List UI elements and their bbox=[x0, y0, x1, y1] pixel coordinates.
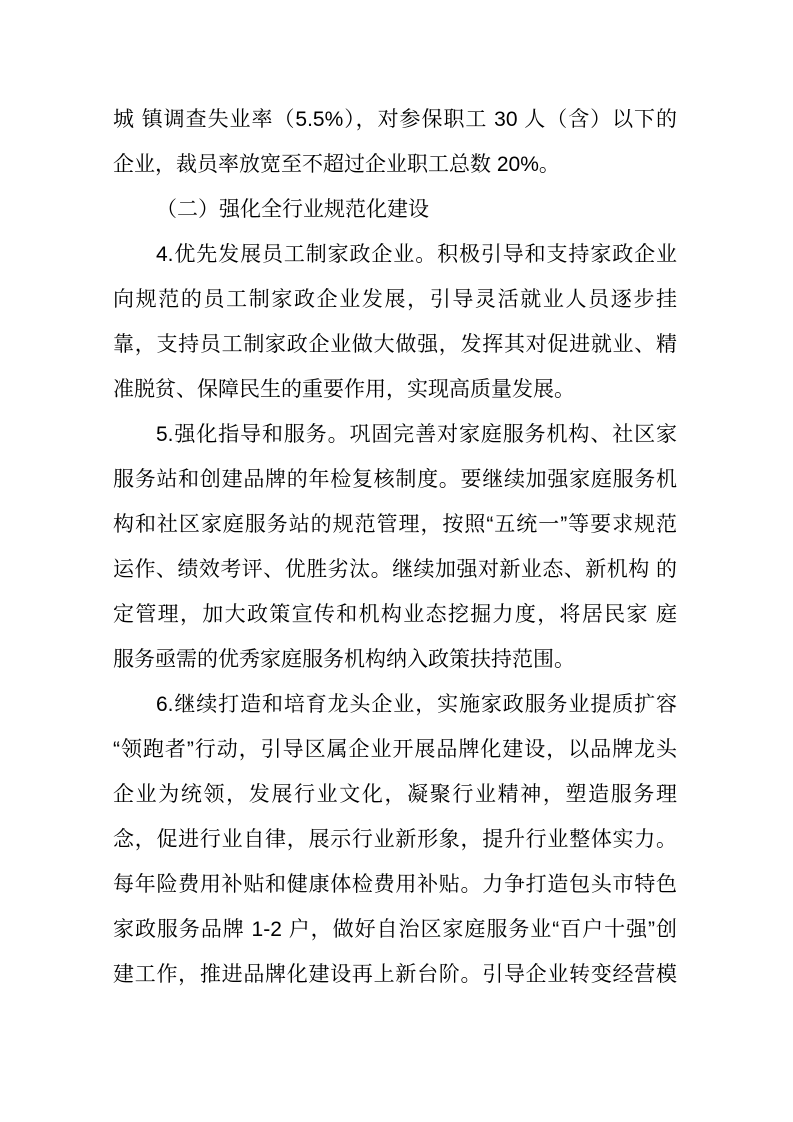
text-line: 企业为统领，发展行业文化，凝聚行业精神，塑造服务理 bbox=[113, 772, 677, 817]
text-line: 4.优先发展员工制家政企业。积极引导和支持家政企业 bbox=[113, 232, 677, 277]
text-line: 家政服务品牌 1-2 户，做好自治区家庭服务业“百户十强”创 bbox=[113, 907, 677, 952]
text-line: 定管理，加大政策宣传和机构业态挖掘力度，将居民家 庭 bbox=[113, 592, 677, 637]
section-heading: （二）强化全行业规范化建设 bbox=[113, 187, 677, 232]
text-line: 向规范的员工制家政企业发展，引导灵活就业人员逐步挂 bbox=[113, 277, 677, 322]
text-line: 建工作，推进品牌化建设再上新台阶。引导企业转变经营模 bbox=[113, 952, 677, 997]
text-line: 念，促进行业自律，展示行业新形象，提升行业整体实力。 bbox=[113, 817, 677, 862]
paragraph-item-5: 5.强化指导和服务。巩固完善对家庭服务机构、社区家庭 服务站和创建品牌的年检复核… bbox=[113, 412, 677, 682]
text-line: 构和社区家庭服务站的规范管理，按照“五统一”等要求规范 bbox=[113, 502, 677, 547]
document-page: 城 镇调查失业率（5.5%），对参保职工 30 人（含）以下的 企业，裁员率放宽… bbox=[0, 0, 793, 1122]
text-line: 城 镇调查失业率（5.5%），对参保职工 30 人（含）以下的 bbox=[113, 97, 677, 142]
heading-line: （二）强化全行业规范化建设 bbox=[113, 187, 677, 232]
text-line: 准脱贫、保障民生的重要作用，实现高质量发展。 bbox=[113, 367, 677, 412]
text-line: “领跑者”行动，引导区属企业开展品牌化建设，以品牌龙头 bbox=[113, 727, 677, 772]
paragraph-continuation: 城 镇调查失业率（5.5%），对参保职工 30 人（含）以下的 企业，裁员率放宽… bbox=[113, 97, 677, 187]
text-line: 运作、绩效考评、优胜劣汰。继续加强对新业态、新机构 的认 bbox=[113, 547, 677, 592]
text-line: 5.强化指导和服务。巩固完善对家庭服务机构、社区家庭 bbox=[113, 412, 677, 457]
text-line: 企业，裁员率放宽至不超过企业职工总数 20%。 bbox=[113, 142, 677, 187]
text-line: 靠，支持员工制家政企业做大做强，发挥其对促进就业、精 bbox=[113, 322, 677, 367]
paragraph-item-4: 4.优先发展员工制家政企业。积极引导和支持家政企业 向规范的员工制家政企业发展，… bbox=[113, 232, 677, 412]
text-line: 服务站和创建品牌的年检复核制度。要继续加强家庭服务机 bbox=[113, 457, 677, 502]
paragraph-item-6: 6.继续打造和培育龙头企业，实施家政服务业提质扩容 “领跑者”行动，引导区属企业… bbox=[113, 682, 677, 997]
text-line: 6.继续打造和培育龙头企业，实施家政服务业提质扩容 bbox=[113, 682, 677, 727]
text-line: 服务亟需的优秀家庭服务机构纳入政策扶持范围。 bbox=[113, 637, 677, 682]
text-line: 每年险费用补贴和健康体检费用补贴。力争打造包头市特色 bbox=[113, 862, 677, 907]
